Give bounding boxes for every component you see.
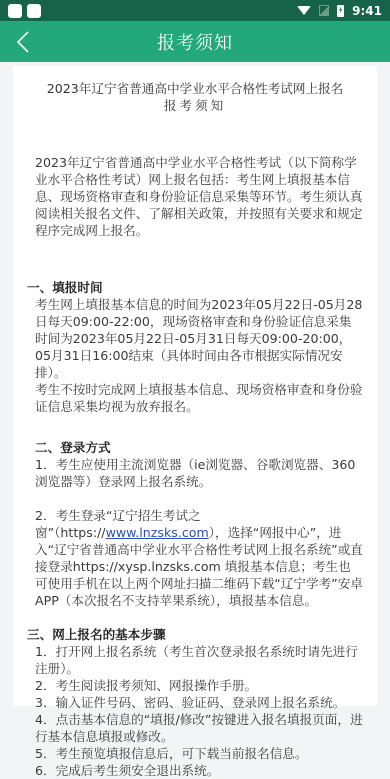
step-item: 2．考生阅读报考须知、网报操作手册。 <box>27 677 363 693</box>
section-paragraph: 考生不按时完成网上填报基本信息、现场资格审查和身份验证信息采集均视为放弃报名。 <box>27 381 363 415</box>
notification-square-icon <box>8 4 22 18</box>
status-bar: 9:41 <box>0 0 390 21</box>
notice-card: 2023年辽宁省普通高中学业水平合格性考试网上报名 报考须知 2023年辽宁省普… <box>13 66 377 693</box>
section-heading-login: 二、登录方式 <box>27 439 363 456</box>
document-subtitle: 报考须知 <box>27 97 363 114</box>
app-header: 报考须知 <box>0 21 390 62</box>
wifi-icon <box>297 6 311 15</box>
notification-square-icon <box>27 4 41 18</box>
section-heading-time: 一、填报时间 <box>27 279 363 296</box>
step-item: 1．打开网上报名系统（考生首次登录报名系统时请先进行注册）。 <box>27 643 363 677</box>
document-title: 2023年辽宁省普通高中学业水平合格性考试网上报名 <box>27 80 363 97</box>
login-item-2: 2．考生登录“辽宁招生考试之窗”（https://www.lnzsks.com）… <box>27 507 363 609</box>
chevron-left-icon <box>12 29 36 55</box>
lnzsks-link[interactable]: www.lnzsks.com <box>106 525 209 540</box>
section-paragraph: 考生网上填报基本信息的时间为2023年05月22日-05月28日每天09:00-… <box>27 296 363 381</box>
page-title: 报考须知 <box>157 29 233 55</box>
intro-paragraph: 2023年辽宁省普通高中学业水平合格性考试（以下简称学业水平合格性考试）网上报名… <box>27 154 363 239</box>
section-heading-steps: 三、网上报名的基本步骤 <box>27 626 363 643</box>
back-button[interactable] <box>12 29 36 55</box>
notice-content: 2023年辽宁省普通高中学业水平合格性考试网上报名 报考须知 2023年辽宁省普… <box>13 66 377 693</box>
section-paragraph: 1．考生应使用主流浏览器（ie浏览器、谷歌浏览器、360浏览器等）登录网上报名系… <box>27 456 363 490</box>
status-time: 9:41 <box>352 4 382 18</box>
battery-charging-icon <box>337 5 344 17</box>
no-signal-icon <box>319 5 329 16</box>
